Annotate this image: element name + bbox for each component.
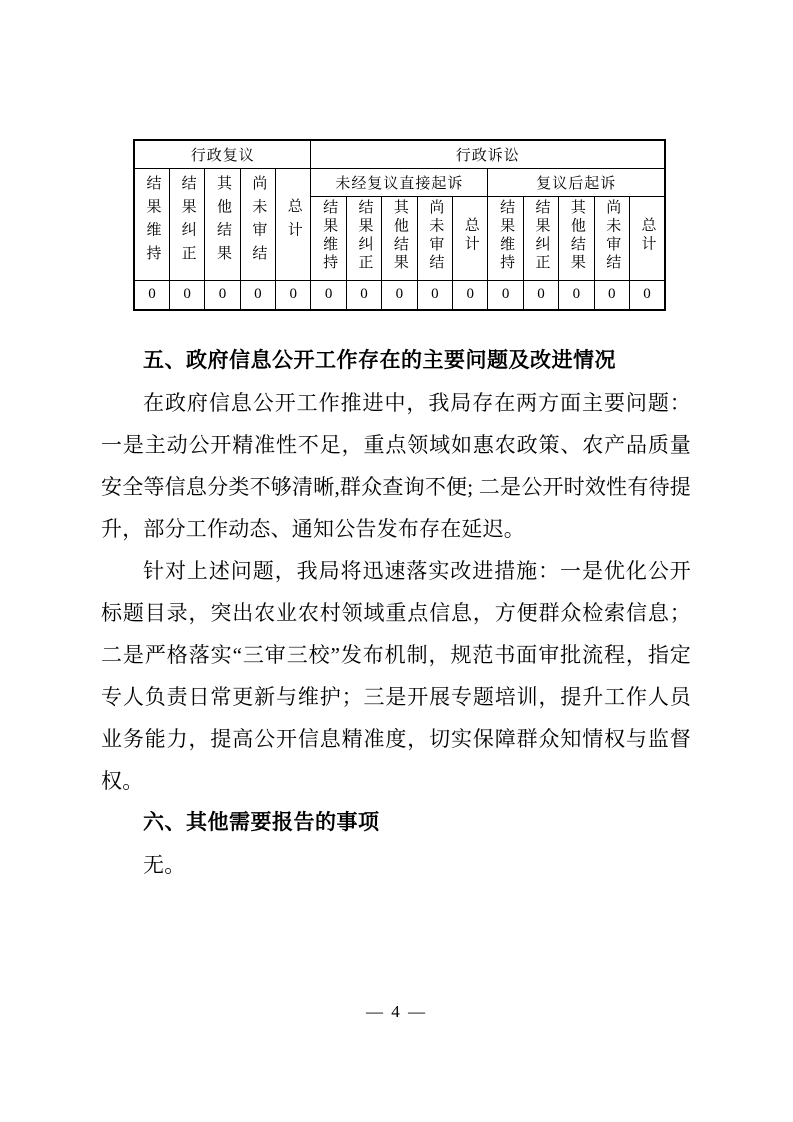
table-col-header: 结果纠正 <box>169 168 204 280</box>
table-value-cell: 0 <box>169 280 204 310</box>
table-value-cell: 0 <box>311 280 346 310</box>
table-col-header: 结果维持 <box>311 196 346 280</box>
table-col-header: 结果纠正 <box>346 196 381 280</box>
col-header-label: 结果纠正 <box>357 199 372 272</box>
col-header-label: 总计 <box>463 217 478 254</box>
section-heading-5: 五、政府信息公开工作存在的主要问题及改进情况 <box>101 340 691 382</box>
table-col-header: 尚未审结 <box>417 196 452 280</box>
table-value-cell: 0 <box>134 280 169 310</box>
col-header-label: 尚未审结 <box>250 175 265 268</box>
table-value-cell: 0 <box>346 280 381 310</box>
table-value-cell: 0 <box>559 280 594 310</box>
table-value-cell: 0 <box>453 280 488 310</box>
document-body: 五、政府信息公开工作存在的主要问题及改进情况 在政府信息公开工作推进中，我局存在… <box>101 340 691 886</box>
col-header-label: 尚未审结 <box>427 199 442 272</box>
table-col-header: 总计 <box>453 196 488 280</box>
col-header-label: 其他结果 <box>392 199 407 272</box>
table-value-cell: 0 <box>240 280 275 310</box>
col-header-label: 结果维持 <box>498 199 513 272</box>
table-col-header: 尚未审结 <box>594 196 629 280</box>
col-header-label: 总计 <box>286 198 301 245</box>
table-value-cell: 0 <box>488 280 523 310</box>
table-value-cell: 0 <box>594 280 629 310</box>
page-number: — 4 — <box>0 1002 793 1022</box>
table-col-header: 其他结果 <box>205 168 240 280</box>
section-heading-6: 六、其他需要报告的事项 <box>101 802 691 844</box>
table-col-header: 结果维持 <box>488 196 523 280</box>
table-col-header: 总计 <box>276 168 311 280</box>
col-header-label: 其他结果 <box>569 199 584 272</box>
col-header-label: 尚未审结 <box>604 199 619 272</box>
table-col-header: 尚未审结 <box>240 168 275 280</box>
table-value-cell: 0 <box>382 280 417 310</box>
table-subgroup-header-suit-after-reconsideration: 复议后起诉 <box>488 168 665 196</box>
table-value-cell: 0 <box>417 280 452 310</box>
table-col-header: 其他结果 <box>382 196 417 280</box>
statistics-table: 行政复议 行政诉讼 结果维持 结果纠正 其他结果 尚未审结 总计 未经复议直接起… <box>133 139 666 311</box>
table-col-header: 总计 <box>629 196 665 280</box>
col-header-label: 结果纠正 <box>533 199 548 272</box>
document-page: 行政复议 行政诉讼 结果维持 结果纠正 其他结果 尚未审结 总计 未经复议直接起… <box>0 0 793 1122</box>
section-5-paragraph-1: 在政府信息公开工作推进中，我局存在两方面主要问题：一是主动公开精准性不足，重点领… <box>101 382 691 550</box>
col-header-label: 结果纠正 <box>180 175 195 268</box>
table-col-header: 其他结果 <box>559 196 594 280</box>
table-col-header: 结果纠正 <box>523 196 558 280</box>
table-value-cell: 0 <box>205 280 240 310</box>
col-header-label: 总计 <box>639 217 654 254</box>
statistics-table-container: 行政复议 行政诉讼 结果维持 结果纠正 其他结果 尚未审结 总计 未经复议直接起… <box>133 139 666 311</box>
table-group-header-reconsideration: 行政复议 <box>134 140 311 168</box>
col-header-label: 其他结果 <box>215 175 230 268</box>
col-header-label: 结果维持 <box>144 175 159 268</box>
table-subgroup-header-direct-suit: 未经复议直接起诉 <box>311 168 488 196</box>
table-col-header: 结果维持 <box>134 168 169 280</box>
col-header-label: 结果维持 <box>321 199 336 272</box>
table-value-cell: 0 <box>629 280 665 310</box>
section-5-paragraph-2: 针对上述问题，我局将迅速落实改进措施：一是优化公开标题目录，突出农业农村领域重点… <box>101 550 691 802</box>
table-group-header-litigation: 行政诉讼 <box>311 140 665 168</box>
section-6-paragraph-1: 无。 <box>101 844 691 886</box>
table-value-cell: 0 <box>276 280 311 310</box>
table-value-cell: 0 <box>523 280 558 310</box>
